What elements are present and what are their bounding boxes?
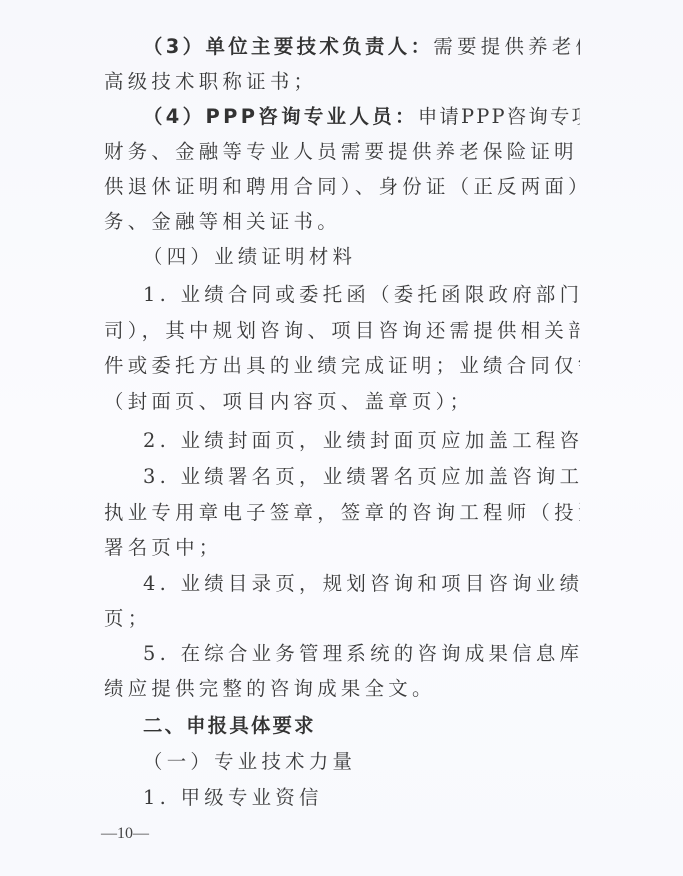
item-1-line-4: （封面页、项目内容页、盖章页）； xyxy=(104,389,580,415)
item-4-line-2: 页； xyxy=(104,606,580,632)
section-4-title: （四）业绩证明材料 xyxy=(143,244,580,270)
item-2-line-1: 2. 业绩封面页，业绩封面页应加盖工程咨询单位公章； xyxy=(143,428,580,454)
document-page: （3）单位主要技术负责人：需要提供养老保险证明和 高级技术职称证书； （4）PP… xyxy=(0,0,683,876)
subitem-1-title: 1. 甲级专业资信 xyxy=(143,785,580,811)
item-5-line-1: 5. 在综合业务管理系统的咨询成果信息库中录入的业 xyxy=(143,641,580,667)
paragraph-4-line-2: 财务、金融等专业人员需要提供养老保险证明（退休人员提 xyxy=(104,139,580,165)
item-3-line-2: 执业专用章电子签章，签章的咨询工程师（投资）应在业绩 xyxy=(104,500,580,526)
item-1-line-3: 件或委托方出具的业绩完成证明；业绩合同仅需提供关键页 xyxy=(104,353,580,379)
item-4-line-1: 4. 业绩目录页，规划咨询和项目咨询业绩应提供目录 xyxy=(143,571,580,597)
paragraph-3-line-2: 高级技术职称证书； xyxy=(104,69,580,95)
paragraph-3-label: （3）单位主要技术负责人： xyxy=(143,35,433,58)
section-1-title: （一）专业技术力量 xyxy=(143,749,580,775)
item-3-line-3: 署名页中； xyxy=(104,535,580,561)
chapter-2-heading: 二、申报具体要求 xyxy=(143,713,580,739)
paragraph-4-line-3: 供退休证明和聘用合同）、身份证（正反两面）、法律、财 xyxy=(104,174,580,200)
item-5-line-2: 绩应提供完整的咨询成果全文。 xyxy=(104,676,580,702)
item-1-line-1: 1. 业绩合同或委托函（委托函限政府部门和上级集团公 xyxy=(143,282,580,308)
item-3-line-1: 3. 业绩署名页，业绩署名页应加盖咨询工程师（投资） xyxy=(143,464,580,490)
paragraph-4-line-1: （4）PPP咨询专业人员：申请PPP咨询专项资信的法律、 xyxy=(143,104,580,130)
paragraph-4-text: 申请PPP咨询专项资信的法律、 xyxy=(418,105,580,128)
item-1-line-2: 司），其中规划咨询、项目咨询还需提供相关部门的批复文 xyxy=(104,318,580,344)
paragraph-3-line-1: （3）单位主要技术负责人：需要提供养老保险证明和 xyxy=(143,34,580,60)
paragraph-4-line-4: 务、金融等相关证书。 xyxy=(104,209,580,235)
paragraph-3-text: 需要提供养老保险证明和 xyxy=(433,35,580,58)
page-number: —10— xyxy=(101,825,149,843)
paragraph-4-label: （4）PPP咨询专业人员： xyxy=(143,105,418,128)
